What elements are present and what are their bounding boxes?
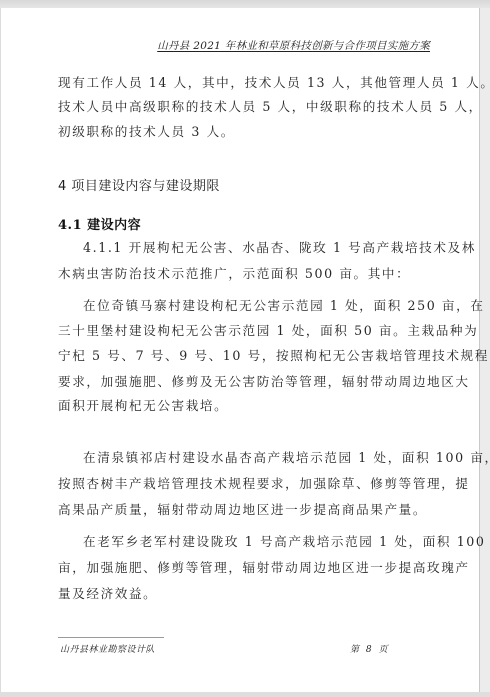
item-4-1-1-line-1: 4.1.1 开展枸杞无公害、水晶杏、陇玫 1 号高产栽培技术及林 (83, 240, 432, 256)
goji-line-1: 在位奇镇马寨村建设枸杞无公害示范园 1 处，面积 250 亩，在 (83, 298, 432, 314)
apricot-line-2: 按照杏树丰产栽培管理技术规程要求，加强除草、修剪等管理，提 (58, 476, 432, 492)
rose-line-3: 量及经济效益。 (58, 586, 432, 602)
staff-line-3: 初级职称的技术人员 3 人。 (58, 124, 432, 140)
apricot-line-1: 在清泉镇祁店村建设水晶杏高产栽培示范园 1 处，面积 100 亩， (83, 450, 432, 466)
viewer-bottom-edge (0, 692, 490, 697)
subsection-heading: 4.1 建设内容 (58, 214, 141, 233)
apricot-line-3: 高果品产质量，辐射带动周边地区进一步提高商品果产量。 (58, 502, 432, 518)
rose-line-1: 在老军乡老军村建设陇玫 1 号高产栽培示范园 1 处，面积 100 (83, 534, 432, 550)
goji-line-2: 三十里堡村建设枸杞无公害示范园 1 处，面积 50 亩。主栽品种为 (58, 323, 432, 339)
running-header-title: 山丹县 2021 年林业和草原科技创新与合作项目实施方案 (150, 38, 430, 53)
item-4-1-1-line-2: 木病虫害防治技术示范推广，示范面积 500 亩。其中： (58, 266, 432, 282)
goji-line-3: 宁杞 5 号、7 号、9 号、10 号，按照枸杞无公害栽培管理技术规程 (58, 348, 432, 364)
goji-line-4: 要求，加强施肥、修剪及无公害防治等管理，辐射带动周边地区大 (58, 374, 432, 390)
staff-line-2: 技术人员中高级职称的技术人员 5 人，中级职称的技术人员 5 人， (58, 99, 432, 115)
footer-page-number: 第 8 页 (350, 642, 387, 655)
goji-line-5: 面积开展枸杞无公害栽培。 (58, 398, 432, 414)
footer-organization: 山丹县林业勘察设计队 (60, 642, 155, 655)
viewer-top-edge (0, 0, 490, 8)
footer-divider (58, 637, 164, 638)
rose-line-2: 亩，加强施肥、修剪等管理，辐射带动周边地区进一步提高玫瑰产 (58, 560, 432, 576)
section-heading: 4 项目建设内容与建设期限 (58, 175, 220, 194)
staff-line-1: 现有工作人员 14 人，其中，技术人员 13 人，其他管理人员 1 人。 (58, 75, 432, 91)
